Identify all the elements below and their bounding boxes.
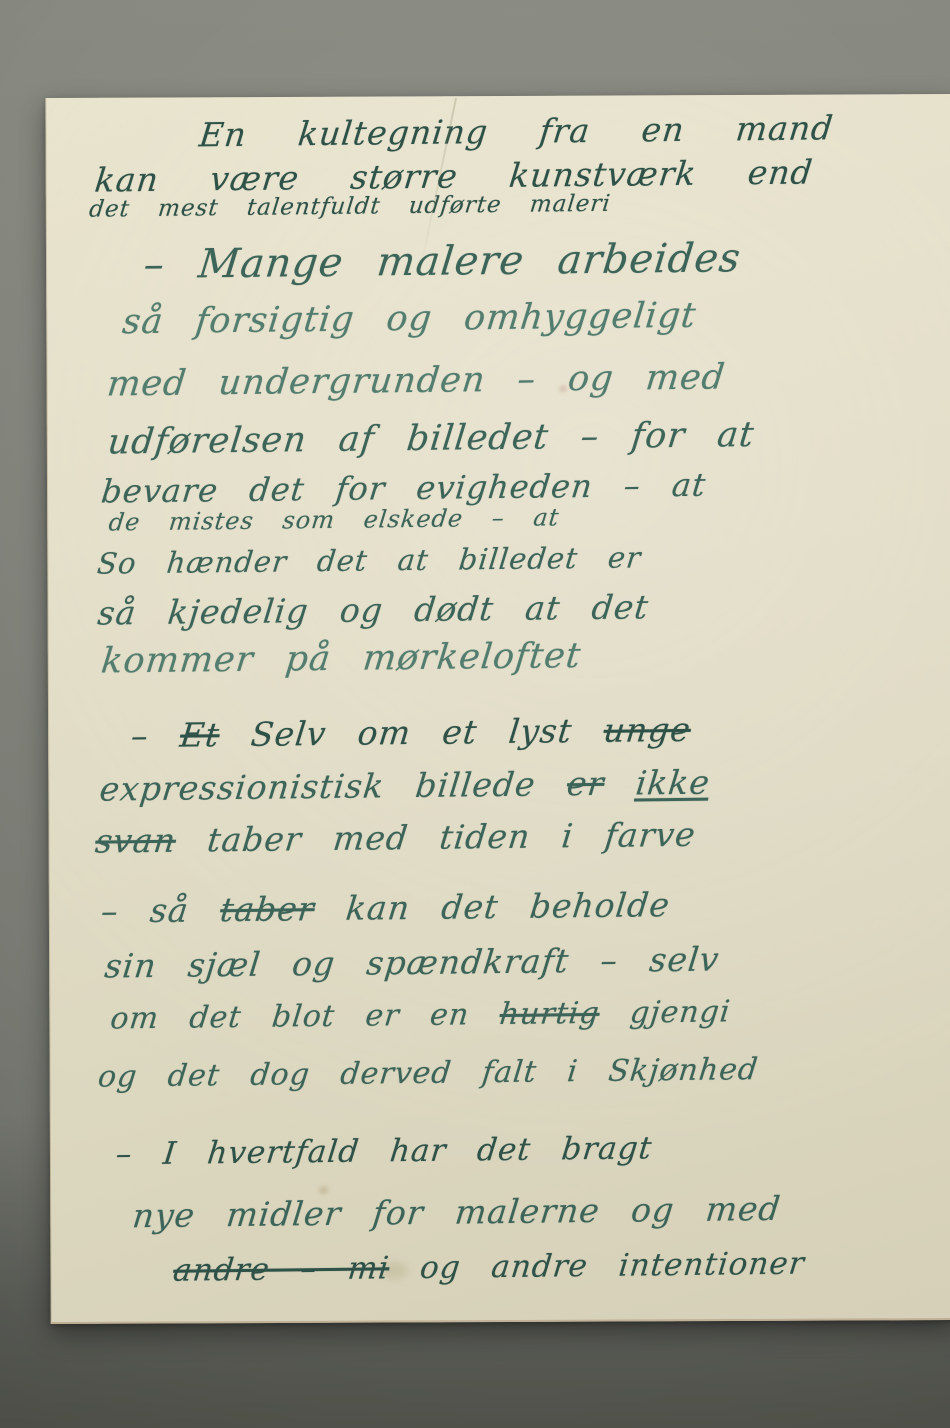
handwriting-segment: med undergrunden – og med xyxy=(105,357,727,404)
handwriting-segment: kommer på mørkeloftet xyxy=(99,636,583,681)
handwriting-segment: – xyxy=(129,716,182,756)
handwriting-segment xyxy=(602,763,638,802)
handwriting-segment: og det dog derved falt i Skjønhed xyxy=(96,1052,760,1095)
handwriting-segment: de mistes som elskede – at xyxy=(107,503,561,536)
handwriting-line: nye midler for malerne og med xyxy=(131,1189,783,1235)
handwriting-segment: sin sjæl og spændkraft – selv xyxy=(103,940,722,986)
handwriting-segment: En kultegning fra en mand xyxy=(197,108,835,154)
handwriting-layer: En kultegning fra en mand kan være størr… xyxy=(42,91,950,1325)
handwriting-line: expressionistisk billede er ikke xyxy=(98,763,713,809)
handwriting-segment-strike: Et xyxy=(178,715,222,754)
handwriting-line: bevare det for evigheden – at xyxy=(99,466,708,511)
handwriting-line: så kjedelig og dødt at det xyxy=(96,587,651,632)
handwriting-segment: og andre intentioner xyxy=(387,1246,806,1287)
handwriting-segment: Selv om et lyst xyxy=(217,711,605,754)
handwriting-line: svan taber med tiden i farve xyxy=(93,815,698,861)
handwriting-line: – I hvertfald har det bragt xyxy=(114,1130,654,1172)
manuscript-paper: En kultegning fra en mand kan være størr… xyxy=(45,94,950,1324)
handwriting-segment-uline: ikke xyxy=(634,763,712,803)
handwriting-line: og det dog derved falt i Skjønhed xyxy=(96,1052,760,1095)
handwriting-segment: udførelsen af billedet – for at xyxy=(106,415,757,462)
handwriting-segment: – Mange malere arbeides xyxy=(141,235,743,288)
handwriting-segment: gjengi xyxy=(598,994,733,1031)
handwriting-segment: om det blot er en xyxy=(109,997,502,1036)
handwriting-segment: taber med tiden i farve xyxy=(174,815,698,860)
handwriting-segment-strike: unge xyxy=(602,710,694,750)
handwriting-line: andre – mi og andre intentioner xyxy=(171,1246,806,1289)
handwriting-segment: So hænder det at billedet er xyxy=(95,540,643,580)
handwriting-line: det mest talentfuldt udførte maleri xyxy=(88,191,612,223)
handwriting-segment: – så xyxy=(99,890,222,930)
handwriting-line: – så taber kan det beholde xyxy=(99,885,672,931)
handwriting-line: sin sjæl og spændkraft – selv xyxy=(103,940,722,986)
handwriting-segment: bevare det for evigheden – at xyxy=(99,466,708,511)
handwriting-segment-strike: hurtig xyxy=(498,996,602,1032)
handwriting-line: så forsigtig og omhyggeligt xyxy=(120,296,698,343)
handwriting-line: – Et Selv om et lyst unge xyxy=(129,710,693,755)
handwriting-segment-strike: andre – mi xyxy=(171,1250,391,1288)
photo-backdrop: En kultegning fra en mand kan være størr… xyxy=(0,0,950,1428)
handwriting-segment: så forsigtig og omhyggeligt xyxy=(120,296,698,343)
handwriting-line: de mistes som elskede – at xyxy=(107,503,561,536)
handwriting-segment: expressionistisk billede xyxy=(98,764,570,808)
handwriting-line: med undergrunden – og med xyxy=(105,357,727,404)
handwriting-segment: nye midler for malerne og med xyxy=(131,1189,783,1235)
handwriting-line: – Mange malere arbeides xyxy=(141,235,743,288)
handwriting-line: kommer på mørkeloftet xyxy=(99,636,583,681)
handwriting-segment-strike: taber xyxy=(218,889,317,929)
handwriting-segment: det mest talentfuldt udførte maleri xyxy=(88,191,612,223)
handwriting-segment: – I hvertfald har det bragt xyxy=(114,1130,654,1172)
handwriting-line: om det blot er en hurtig gjengi xyxy=(109,994,733,1036)
handwriting-segment: så kjedelig og dødt at det xyxy=(96,587,651,632)
handwriting-line: udførelsen af billedet – for at xyxy=(106,415,757,462)
handwriting-segment-strike: er xyxy=(565,764,607,803)
handwriting-segment-strike: svan xyxy=(93,821,178,861)
handwriting-line: So hænder det at billedet er xyxy=(95,540,643,580)
handwriting-segment: kan det beholde xyxy=(313,885,673,928)
handwriting-line: En kultegning fra en mand xyxy=(197,108,835,154)
